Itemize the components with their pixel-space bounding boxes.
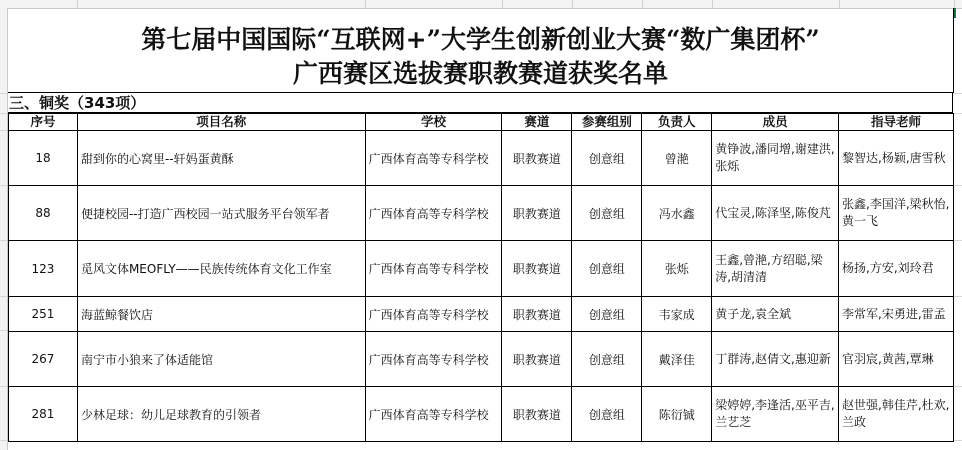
row-divider[interactable] [0, 185, 7, 186]
cell-leader[interactable]: 张烁 [642, 241, 712, 297]
page-title-line2: 广西赛区选拔赛职教赛道获奖名单 [8, 54, 953, 90]
title-cell[interactable]: 第七届中国国际“互联网+”大学生创新创业大赛“数广集团杯” 广西赛区选拔赛职教赛… [8, 8, 954, 93]
row-gridline [954, 440, 962, 441]
cell-group[interactable]: 创意组 [572, 387, 642, 442]
cell-track[interactable]: 职教赛道 [502, 297, 572, 332]
cell-track[interactable]: 职教赛道 [502, 241, 572, 297]
cell-project[interactable]: 甜到你的心窝里--轩妈蛋黄酥 [77, 131, 365, 186]
column-divider[interactable] [954, 0, 955, 8]
cell-advisors[interactable]: 李常军,宋勇进,雷孟 [839, 297, 954, 332]
cell-no[interactable]: 281 [9, 387, 78, 442]
column-divider[interactable] [502, 0, 503, 8]
cell-members[interactable]: 代宝灵,陈泽坚,陈俊芃 [712, 186, 839, 241]
cell-leader[interactable]: 陈衍铖 [642, 387, 712, 442]
column-divider[interactable] [572, 0, 573, 8]
column-divider[interactable] [642, 0, 643, 8]
cell-advisors[interactable]: 张鑫,李国洋,梁秋怡,黄一飞 [839, 186, 954, 241]
cell-no[interactable]: 267 [9, 332, 78, 387]
row-gridline [954, 93, 962, 94]
cell-advisors[interactable]: 杨扬,方安,刘玲君 [839, 241, 954, 297]
cell-advisors[interactable]: 官羽宸,黄茜,覃琳 [839, 332, 954, 387]
column-divider[interactable] [712, 0, 713, 8]
header-advisors[interactable]: 指导老师 [839, 114, 954, 131]
row-gridline [954, 296, 962, 297]
cell-no[interactable]: 251 [9, 297, 78, 332]
section-heading-bronze[interactable]: 三、铜奖（343项） [8, 93, 953, 113]
cell-school[interactable]: 广西体育高等专科学校 [365, 332, 502, 387]
row-divider[interactable] [0, 93, 7, 94]
table-row: 88 便捷校园--打造广西校园一站式服务平台领军者 广西体育高等专科学校 职教赛… [9, 186, 954, 241]
header-track[interactable]: 赛道 [502, 114, 572, 131]
cell-school[interactable]: 广西体育高等专科学校 [365, 297, 502, 332]
cell-members[interactable]: 梁婷婷,李逢活,巫平吉,兰艺芝 [712, 387, 839, 442]
cell-track[interactable]: 职教赛道 [502, 332, 572, 387]
cell-track[interactable]: 职教赛道 [502, 186, 572, 241]
header-no[interactable]: 序号 [9, 114, 78, 131]
row-divider[interactable] [0, 440, 7, 441]
cell-leader[interactable]: 韦家成 [642, 297, 712, 332]
cell-group[interactable]: 创意组 [572, 241, 642, 297]
cell-leader[interactable]: 戴泽佳 [642, 332, 712, 387]
cell-school[interactable]: 广西体育高等专科学校 [365, 186, 502, 241]
row-gridline [954, 185, 962, 186]
row-divider[interactable] [0, 296, 7, 297]
award-table: 序号 项目名称 学校 赛道 参赛组别 负责人 成员 指导老师 18 甜到你的心窝… [8, 113, 954, 442]
table-row: 281 少林足球：幼儿足球教育的引领者 广西体育高等专科学校 职教赛道 创意组 … [9, 387, 954, 442]
column-divider[interactable] [839, 0, 840, 8]
table-row: 251 海蓝鲸餐饮店 广西体育高等专科学校 职教赛道 创意组 韦家成 黄子龙,袁… [9, 297, 954, 332]
cell-school[interactable]: 广西体育高等专科学校 [365, 387, 502, 442]
row-divider[interactable] [0, 386, 7, 387]
cell-members[interactable]: 黄铮波,潘同增,谢建洪,张烁 [712, 131, 839, 186]
cell-advisors[interactable]: 黎智达,杨颖,唐雪秋 [839, 131, 954, 186]
cell-group[interactable]: 创意组 [572, 131, 642, 186]
row-divider[interactable] [0, 113, 7, 114]
cell-members[interactable]: 王鑫,曾滟,方绍聪,梁涛,胡清清 [712, 241, 839, 297]
header-members[interactable]: 成员 [712, 114, 839, 131]
cell-school[interactable]: 广西体育高等专科学校 [365, 241, 502, 297]
page-title-line1: 第七届中国国际“互联网+”大学生创新创业大赛“数广集团杯” [8, 20, 953, 56]
cell-group[interactable]: 创意组 [572, 186, 642, 241]
cell-members[interactable]: 黄子龙,袁全斌 [712, 297, 839, 332]
header-school[interactable]: 学校 [365, 114, 502, 131]
cell-no[interactable]: 88 [9, 186, 78, 241]
cell-project[interactable]: 少林足球：幼儿足球教育的引领者 [77, 387, 365, 442]
spreadsheet-row-header-strip [0, 8, 8, 450]
cell-project[interactable]: 觅风文体MEOFLY——民族传统体育文化工作室 [77, 241, 365, 297]
cell-track[interactable]: 职教赛道 [502, 387, 572, 442]
table-row: 18 甜到你的心窝里--轩妈蛋黄酥 广西体育高等专科学校 职教赛道 创意组 曾滟… [9, 131, 954, 186]
table-row: 123 觅风文体MEOFLY——民族传统体育文化工作室 广西体育高等专科学校 职… [9, 241, 954, 297]
header-project[interactable]: 项目名称 [77, 114, 365, 131]
cell-project[interactable]: 海蓝鲸餐饮店 [77, 297, 365, 332]
cell-project[interactable]: 便捷校园--打造广西校园一站式服务平台领军者 [77, 186, 365, 241]
cell-leader[interactable]: 曾滟 [642, 131, 712, 186]
row-divider[interactable] [0, 240, 7, 241]
cell-project[interactable]: 南宁市小狼来了体适能馆 [77, 332, 365, 387]
table-row: 267 南宁市小狼来了体适能馆 广西体育高等专科学校 职教赛道 创意组 戴泽佳 … [9, 332, 954, 387]
column-divider[interactable] [77, 0, 78, 8]
row-gridline [954, 240, 962, 241]
cell-group[interactable]: 创意组 [572, 332, 642, 387]
column-divider[interactable] [365, 0, 366, 8]
row-divider[interactable] [0, 330, 7, 331]
cell-no[interactable]: 123 [9, 241, 78, 297]
header-group[interactable]: 参赛组别 [572, 114, 642, 131]
row-gridline [954, 113, 962, 114]
cell-advisors[interactable]: 赵世强,韩佳芹,杜欢,兰政 [839, 387, 954, 442]
cell-school[interactable]: 广西体育高等专科学校 [365, 131, 502, 186]
cell-group[interactable]: 创意组 [572, 297, 642, 332]
row-divider[interactable] [0, 130, 7, 131]
cell-members[interactable]: 丁群涛,赵倩文,惠迎新 [712, 332, 839, 387]
row-gridline [954, 386, 962, 387]
cell-no[interactable]: 18 [9, 131, 78, 186]
table-header-row: 序号 项目名称 学校 赛道 参赛组别 负责人 成员 指导老师 [9, 114, 954, 131]
cell-leader[interactable]: 冯水鑫 [642, 186, 712, 241]
right-gutter [954, 8, 962, 450]
cell-track[interactable]: 职教赛道 [502, 131, 572, 186]
header-leader[interactable]: 负责人 [642, 114, 712, 131]
